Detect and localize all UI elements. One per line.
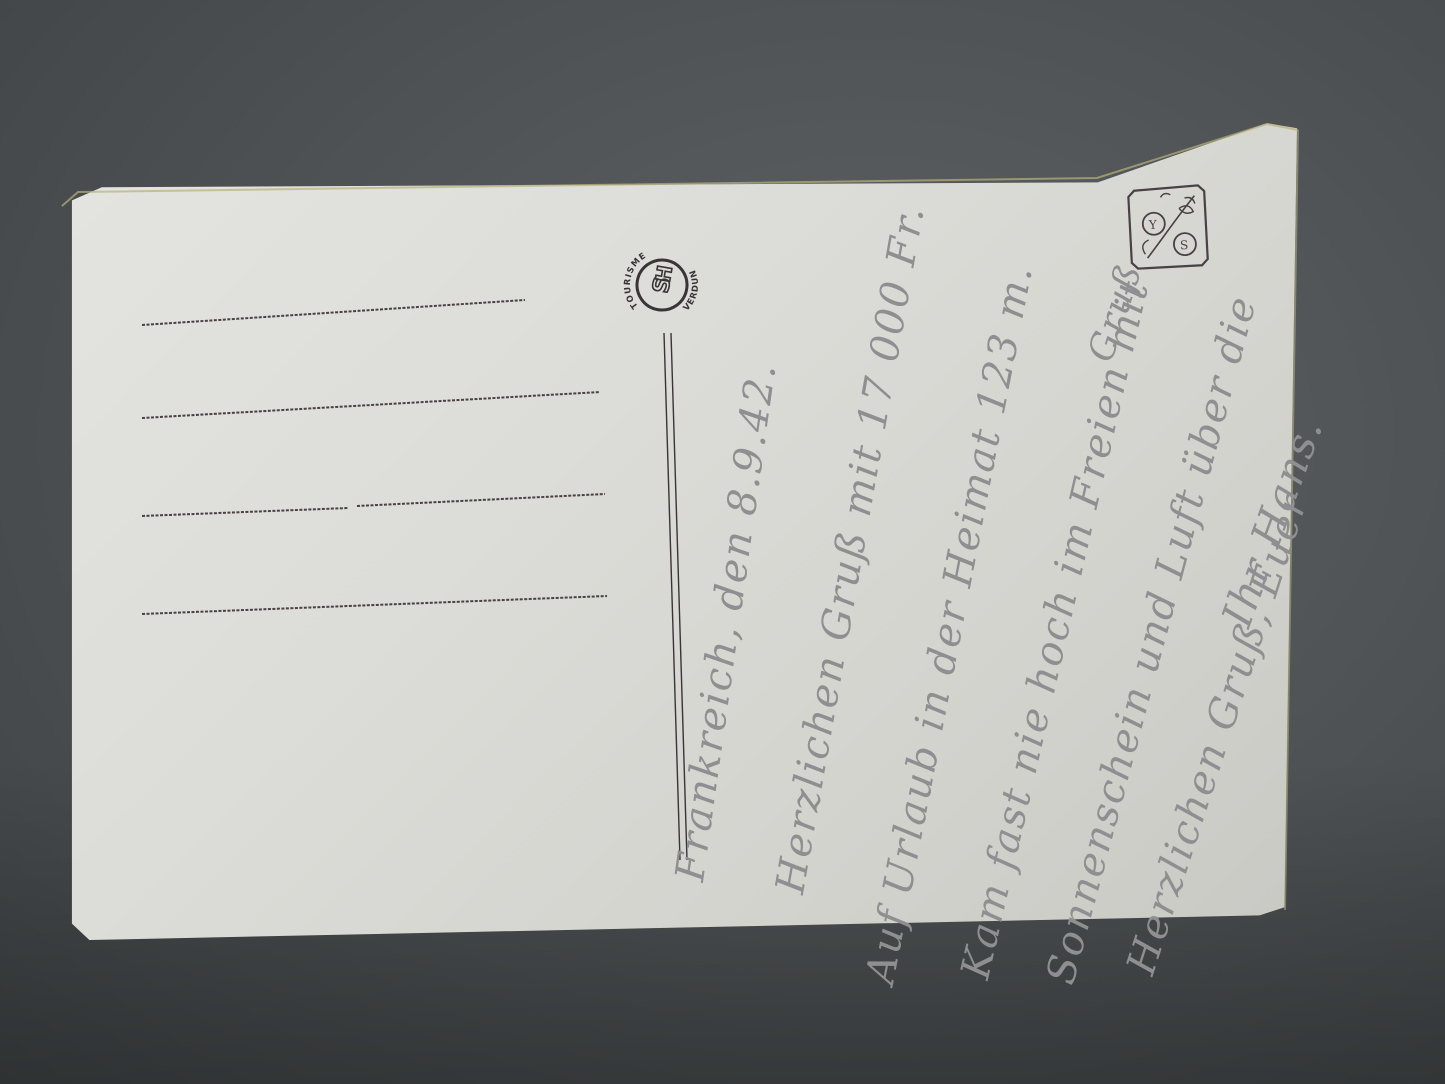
- card-edge-top: [62, 124, 1298, 206]
- address-line-3a: [142, 508, 348, 516]
- address-line-1: [142, 300, 525, 325]
- address-line-2: [142, 392, 600, 418]
- svg-text:H: H: [651, 263, 678, 284]
- verdun-tourisme-logo: S H VERDUN TOURISME: [617, 243, 707, 328]
- stamp-box: Y S: [1128, 185, 1208, 269]
- address-line-3b: [357, 494, 605, 506]
- svg-text:S: S: [1180, 238, 1189, 252]
- svg-text:Y: Y: [1148, 218, 1159, 233]
- divider-line-left: [664, 333, 680, 860]
- address-line-4: [142, 596, 607, 614]
